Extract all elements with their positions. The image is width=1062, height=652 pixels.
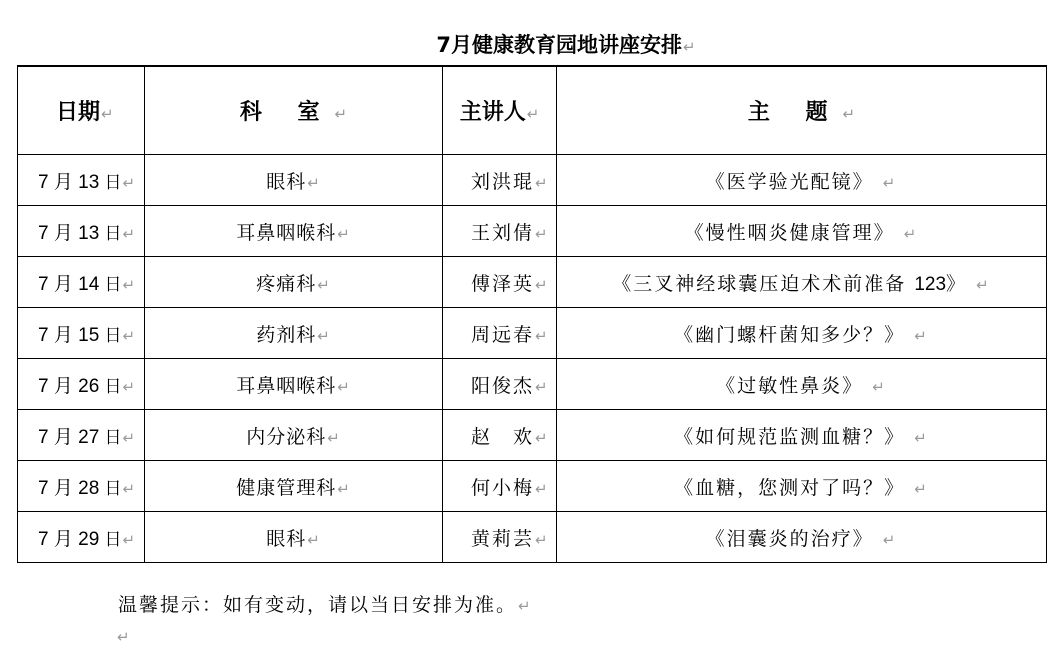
paragraph-mark-icon: ↵ [535,225,550,243]
cell-date[interactable]: 7 月 15 日↵ [18,308,145,359]
paragraph-mark-icon: ↵ [337,480,351,498]
paragraph-mark-icon: ↵ [117,628,130,646]
paragraph-mark-icon: ↵ [883,174,898,192]
table-row: 7 月 13 日↵耳鼻咽喉科↵王刘倩↵《慢性咽炎健康管理》 ↵ [18,206,1047,257]
cell-topic[interactable]: 《如何规范监测血糖？》 ↵ [557,410,1047,461]
paragraph-mark-icon: ↵ [337,378,351,396]
paragraph-mark-icon: ↵ [123,378,136,396]
paragraph-mark-icon: ↵ [327,429,341,447]
paragraph-mark-icon: ↵ [527,105,540,123]
cell-speaker[interactable]: 何小梅↵ [443,461,557,512]
cell-speaker[interactable]: 刘洪琨↵ [443,155,557,206]
cell-speaker[interactable]: 黄莉芸↵ [443,512,557,563]
table-row: 7 月 28 日↵健康管理科↵何小梅↵《血糖，您测对了吗？》 ↵ [18,461,1047,512]
cell-department[interactable]: 健康管理科↵ [145,461,443,512]
table-header-row: 日期↵ 科 室↵ 主讲人↵ 主 题↵ [18,66,1047,155]
paragraph-mark-icon: ↵ [123,174,136,192]
cell-topic[interactable]: 《血糖，您测对了吗？》 ↵ [557,461,1047,512]
title-text: 7月健康教育园地讲座安排 [436,33,682,57]
reminder-text: 温馨提示：如有变动，请以当日安排为准。 [118,594,517,616]
cell-topic[interactable]: 《三叉神经球囊压迫术术前准备 123》 ↵ [557,257,1047,308]
cell-department[interactable]: 内分泌科↵ [145,410,443,461]
paragraph-mark-icon: ↵ [683,38,696,56]
paragraph-mark-icon: ↵ [123,480,136,498]
paragraph-mark-icon: ↵ [101,105,114,123]
table-row: 7 月 13 日↵眼科↵刘洪琨↵《医学验光配镜》 ↵ [18,155,1047,206]
cell-topic[interactable]: 《泪囊炎的治疗》 ↵ [557,512,1047,563]
cell-date[interactable]: 7 月 27 日↵ [18,410,145,461]
paragraph-mark-icon: ↵ [535,327,550,345]
cell-department[interactable]: 疼痛科↵ [145,257,443,308]
paragraph-mark-icon: ↵ [535,378,550,396]
cell-department[interactable]: 眼科↵ [145,512,443,563]
cell-topic[interactable]: 《过敏性鼻炎》 ↵ [557,359,1047,410]
document-title: 7月健康教育园地讲座安排↵ [0,30,1062,62]
paragraph-mark-icon: ↵ [914,480,929,498]
paragraph-mark-icon: ↵ [872,378,887,396]
cell-department[interactable]: 眼科↵ [145,155,443,206]
cell-date[interactable]: 7 月 28 日↵ [18,461,145,512]
paragraph-mark-icon: ↵ [307,531,321,549]
table-row: 7 月 26 日↵耳鼻咽喉科↵阳俊杰↵《过敏性鼻炎》 ↵ [18,359,1047,410]
paragraph-mark-icon: ↵ [914,429,929,447]
cell-department[interactable]: 耳鼻咽喉科↵ [145,206,443,257]
paragraph-mark-icon: ↵ [518,597,533,615]
empty-paragraph[interactable]: ↵ [116,625,130,649]
table-row: 7 月 27 日↵内分泌科↵赵 欢↵《如何规范监测血糖？》 ↵ [18,410,1047,461]
paragraph-mark-icon: ↵ [123,225,136,243]
cell-topic[interactable]: 《幽门螺杆菌知多少？》 ↵ [557,308,1047,359]
cell-date[interactable]: 7 月 14 日↵ [18,257,145,308]
reminder-note[interactable]: 温馨提示：如有变动，请以当日安排为准。↵ [118,590,533,621]
cell-topic[interactable]: 《慢性咽炎健康管理》 ↵ [557,206,1047,257]
header-topic[interactable]: 主 题↵ [557,66,1047,155]
cell-department[interactable]: 耳鼻咽喉科↵ [145,359,443,410]
paragraph-mark-icon: ↵ [976,276,991,294]
header-date[interactable]: 日期↵ [18,66,145,155]
cell-department[interactable]: 药剂科↵ [145,308,443,359]
paragraph-mark-icon: ↵ [123,531,136,549]
paragraph-mark-icon: ↵ [317,327,331,345]
cell-date[interactable]: 7 月 13 日↵ [18,206,145,257]
paragraph-mark-icon: ↵ [123,276,136,294]
cell-speaker[interactable]: 阳俊杰↵ [443,359,557,410]
lecture-schedule-table: 日期↵ 科 室↵ 主讲人↵ 主 题↵ 7 月 13 日↵眼科↵刘洪琨↵《医学验光… [17,65,1047,563]
paragraph-mark-icon: ↵ [883,531,898,549]
paragraph-mark-icon: ↵ [535,480,550,498]
cell-speaker[interactable]: 周远春↵ [443,308,557,359]
paragraph-mark-icon: ↵ [535,531,550,549]
cell-date[interactable]: 7 月 26 日↵ [18,359,145,410]
paragraph-mark-icon: ↵ [123,429,136,447]
header-department[interactable]: 科 室↵ [145,66,443,155]
table-row: 7 月 14 日↵疼痛科↵傅泽英↵《三叉神经球囊压迫术术前准备 123》 ↵ [18,257,1047,308]
cell-topic[interactable]: 《医学验光配镜》 ↵ [557,155,1047,206]
paragraph-mark-icon: ↵ [307,174,321,192]
cell-date[interactable]: 7 月 13 日↵ [18,155,145,206]
cell-speaker[interactable]: 王刘倩↵ [443,206,557,257]
cell-speaker[interactable]: 傅泽英↵ [443,257,557,308]
paragraph-mark-icon: ↵ [843,105,856,123]
paragraph-mark-icon: ↵ [317,276,331,294]
paragraph-mark-icon: ↵ [335,105,348,123]
paragraph-mark-icon: ↵ [535,174,550,192]
paragraph-mark-icon: ↵ [535,276,550,294]
paragraph-mark-icon: ↵ [123,327,136,345]
cell-date[interactable]: 7 月 29 日↵ [18,512,145,563]
paragraph-mark-icon: ↵ [337,225,351,243]
table-row: 7 月 15 日↵药剂科↵周远春↵《幽门螺杆菌知多少？》 ↵ [18,308,1047,359]
cell-speaker[interactable]: 赵 欢↵ [443,410,557,461]
paragraph-mark-icon: ↵ [904,225,919,243]
paragraph-mark-icon: ↵ [914,327,929,345]
table-row: 7 月 29 日↵眼科↵黄莉芸↵《泪囊炎的治疗》 ↵ [18,512,1047,563]
paragraph-mark-icon: ↵ [535,429,550,447]
header-speaker[interactable]: 主讲人↵ [443,66,557,155]
